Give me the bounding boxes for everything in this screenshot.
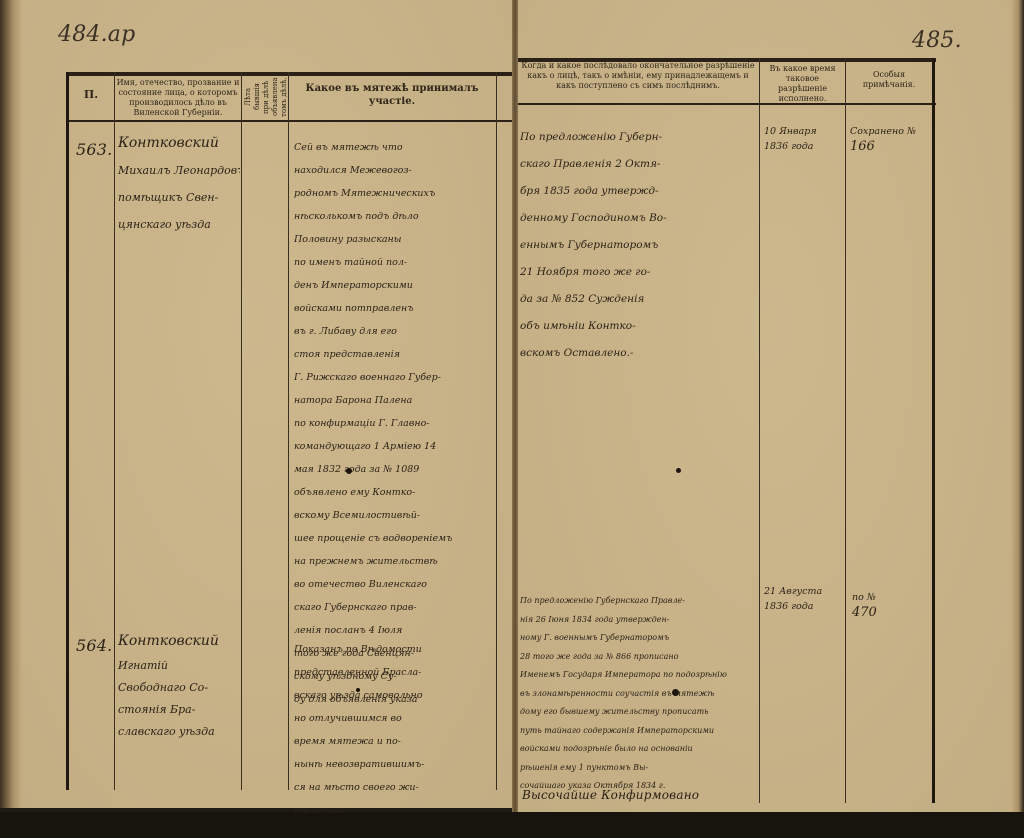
text-line: 21 Августа: [764, 584, 844, 599]
text-line: 28 того же года за № 866 прописано: [520, 648, 758, 667]
text-line: нѣсколькомъ подъ дѣло: [294, 205, 494, 228]
text-line: войсками потправленъ: [294, 297, 494, 320]
text-line: 166: [850, 139, 940, 154]
text-line: шее прощеніе съ водвореніемъ: [294, 527, 494, 550]
text-line: мая 1832 года за № 1089: [294, 458, 494, 481]
name-line: Свободнаго Со-: [118, 677, 240, 699]
header-bottom-rule-left: [67, 120, 512, 122]
text-line: скаго Правленія 2 Октя-: [520, 151, 758, 178]
resolution-footer: Высочайше Конфирмовано: [522, 788, 699, 802]
name-line: цянскаго уѣзда: [118, 211, 240, 238]
text-line: 470: [852, 605, 932, 620]
text-line: въ г. Либаву для его: [294, 320, 494, 343]
table-top-rule-left: [67, 72, 512, 76]
text-line: родномъ Мятежническихъ: [294, 182, 494, 205]
col-divider: [288, 72, 289, 790]
text-line: объ имѣніи Контко-: [520, 313, 758, 340]
col-divider: [845, 58, 846, 803]
folio-number-left: 484.ap: [58, 22, 135, 47]
text-line: да за № 852 Сужденія: [520, 286, 758, 313]
text-line: но отлучившимся во: [294, 707, 494, 730]
text-line: еннымъ Губернаторомъ: [520, 232, 758, 259]
text-line: денъ Императорскими: [294, 274, 494, 297]
ink-spot: [356, 688, 360, 692]
text-line: рѣшенія ему 1 пунктомъ Вы-: [520, 759, 758, 778]
text-line: 1836 года: [764, 599, 844, 614]
text-line: войсками подозрѣніе было на основаніи: [520, 740, 758, 759]
text-line: Именемъ Государя Императора по подозрѣні…: [520, 666, 758, 685]
scan-background: [0, 812, 1024, 838]
text-line: ся на мѣсто своего жи-: [294, 776, 494, 799]
text-line: объявлено ему Контко-: [294, 481, 494, 504]
name-line: Контковский: [118, 130, 240, 157]
text-line: нія 26 Іюня 1834 года утвержден-: [520, 611, 758, 630]
table-right-border: [932, 58, 935, 803]
entry-participation: Сей въ мятежѣ что находился Межевогоз- р…: [294, 136, 494, 711]
col-divider: [759, 58, 760, 803]
name-line: славскаго уѣзда: [118, 721, 240, 743]
text-line: Сей въ мятежѣ что: [294, 136, 494, 159]
header-bottom-rule-right: [518, 103, 936, 105]
header-executed: Въ какое время таковое разрѣшеніе исполн…: [761, 64, 844, 104]
entry-number: 564.: [76, 636, 112, 655]
text-line: денному Господиномъ Во-: [520, 205, 758, 232]
text-line: въ злонамѣренности соучастія въ мятежѣ: [520, 685, 758, 704]
text-line: нынѣ невозвратившимъ-: [294, 753, 494, 776]
text-line: Г. Рижскаго военнаго Губер-: [294, 366, 494, 389]
text-line: дому его бывшему жительству прописать: [520, 703, 758, 722]
entry-notes: по № 470: [852, 590, 932, 620]
col-divider: [496, 72, 497, 790]
header-resolution: Когда и какое послѣдовало окончательное …: [518, 61, 758, 91]
name-line: помѣщикъ Свен-: [118, 184, 240, 211]
text-line: по конфирмаціи Г. Главно-: [294, 412, 494, 435]
text-line: 10 Января: [764, 124, 844, 139]
entry-notes: Сохранено № 166: [850, 124, 940, 154]
table-left-border: [66, 72, 69, 790]
col-divider: [241, 72, 242, 790]
text-line: по №: [852, 590, 932, 605]
text-line: время мятежа и по-: [294, 730, 494, 753]
text-line: Сохранено №: [850, 124, 940, 139]
text-line: Половину разысканы: [294, 228, 494, 251]
text-line: находился Межевогоз-: [294, 159, 494, 182]
header-participation: Какое въ мятежѣ принималъ участіе.: [292, 82, 492, 108]
entry-executed-date: 10 Января 1836 года: [764, 124, 844, 154]
text-line: бря 1835 года утвержд-: [520, 178, 758, 205]
text-line: 21 Ноября того же го-: [520, 259, 758, 286]
text-line: вскаго уѣзда самовольно: [294, 684, 494, 707]
text-line: 1836 года: [764, 139, 844, 154]
entry-participation: Показанъ по Вѣдомости представленной Бра…: [294, 638, 494, 822]
text-line: скаго Губернскаго прав-: [294, 596, 494, 619]
name-line: Контковский: [118, 628, 240, 655]
text-line: на прежнемъ жительствѣ: [294, 550, 494, 573]
folio-number-right: 485.: [912, 28, 962, 53]
text-line: вскомъ Оставлено.-: [520, 340, 758, 367]
header-number: П.: [70, 88, 112, 101]
ink-spot: [346, 468, 352, 474]
name-line: Игнатій: [118, 655, 240, 677]
text-line: по именъ тайной пол-: [294, 251, 494, 274]
header-age: Лѣта бывшія при дѣлѣ объявлена томъ дѣлѣ…: [244, 76, 286, 118]
entry-executed-date: 21 Августа 1836 года: [764, 584, 844, 614]
col-divider: [114, 72, 115, 790]
ink-spot: [676, 468, 681, 473]
text-line: По предложенію Губерн-: [520, 124, 758, 151]
ink-spot: [672, 689, 679, 696]
header-name: Имя, отечество, прозвание и состояние ли…: [116, 78, 240, 118]
text-line: тельства: [294, 799, 494, 822]
book-gutter: [512, 0, 518, 838]
name-line: стоянія Бра-: [118, 699, 240, 721]
text-line: ному Г. военнымъ Губернаторомъ: [520, 629, 758, 648]
text-line: во отечество Виленскаго: [294, 573, 494, 596]
header-notes: Особыя примѣчанія.: [847, 70, 931, 90]
entry-resolution: По предложенію Губерн- скаго Правленія 2…: [520, 124, 758, 367]
text-line: вскому Всемилостивѣй-: [294, 504, 494, 527]
book-binding-edge: [0, 0, 22, 808]
name-line: Михаилъ Леонардовъ: [118, 157, 240, 184]
entry-number: 563.: [76, 140, 112, 159]
text-line: По предложенію Губернскаго Правле-: [520, 592, 758, 611]
text-line: натора Барона Палена: [294, 389, 494, 412]
text-line: стоя представленія: [294, 343, 494, 366]
entry-name: Контковский Михаилъ Леонардовъ помѣщикъ …: [118, 130, 240, 238]
entry-name: Контковский Игнатій Свободнаго Со- стоян…: [118, 628, 240, 743]
page-edge: [1010, 0, 1024, 815]
text-line: Показанъ по Вѣдомости: [294, 638, 494, 661]
text-line: путь тайнаго содержанія Императорскими: [520, 722, 758, 741]
text-line: командующаго 1 Арміею 14: [294, 435, 494, 458]
entry-resolution: По предложенію Губернскаго Правле- нія 2…: [520, 592, 758, 796]
text-line: представленной Брасла-: [294, 661, 494, 684]
